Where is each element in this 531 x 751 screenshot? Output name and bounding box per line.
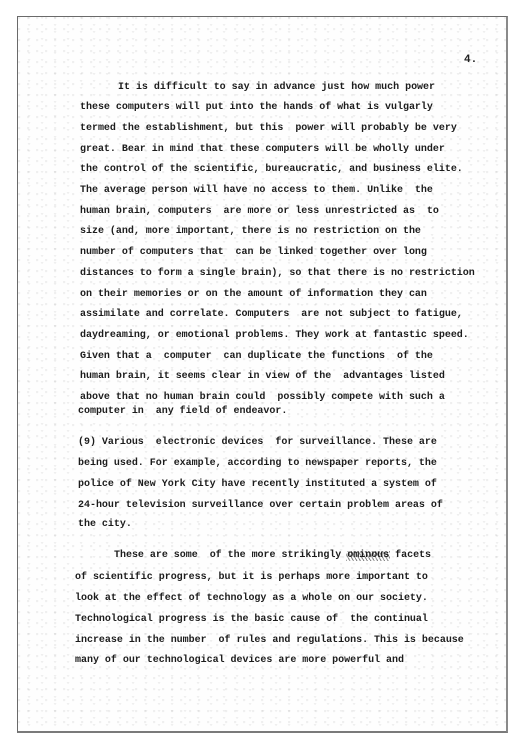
text-line: look at the effect of technology as a wh… bbox=[75, 593, 428, 604]
text-line: the control of the scientific, bureaucra… bbox=[80, 164, 463, 175]
text-line: above that no human brain could possibly… bbox=[80, 392, 445, 403]
text-line: being used. For example, according to ne… bbox=[78, 458, 437, 469]
text-line: (9) Various electronic devices for surve… bbox=[78, 437, 437, 448]
text-line: human brain, it seems clear in view of t… bbox=[80, 371, 445, 382]
text-line: the city. bbox=[78, 519, 132, 530]
text-line: increase in the number of rules and regu… bbox=[75, 635, 464, 646]
text-line: size (and, more important, there is no r… bbox=[80, 226, 421, 237]
text-line: great. Bear in mind that these computers… bbox=[80, 144, 445, 155]
text-line: These are some of the more strikingly om… bbox=[114, 550, 431, 561]
text-line: assimilate and correlate. Computers are … bbox=[80, 309, 463, 320]
text-line: these computers will put into the hands … bbox=[80, 102, 433, 113]
text-line: It is difficult to say in advance just h… bbox=[118, 82, 435, 93]
handwritten-correction: ominous bbox=[347, 550, 389, 561]
text-line: The average person will have no access t… bbox=[80, 185, 433, 196]
text-line: termed the establishment, but this power… bbox=[80, 123, 457, 134]
text-line: Given that a computer can duplicate the … bbox=[80, 351, 433, 362]
text-line: 24-hour television surveillance over cer… bbox=[78, 500, 443, 511]
text-line: number of computers that can be linked t… bbox=[80, 247, 427, 258]
text-line: police of New York City have recently in… bbox=[78, 479, 437, 490]
page-number: 4. bbox=[464, 54, 477, 66]
text-line: Technological progress is the basic caus… bbox=[75, 614, 428, 625]
text-line: on their memories or on the amount of in… bbox=[80, 289, 427, 300]
text-line: distances to form a single brain), so th… bbox=[80, 268, 475, 279]
text-line: daydreaming, or emotional problems. They… bbox=[80, 330, 469, 341]
text-line: of scientific progress, but it is perhap… bbox=[75, 572, 428, 583]
text-line: human brain, computers are more or less … bbox=[80, 206, 439, 217]
text-line: many of our technological devices are mo… bbox=[75, 655, 404, 666]
text-line: computer in any field of endeavor. bbox=[78, 406, 287, 417]
